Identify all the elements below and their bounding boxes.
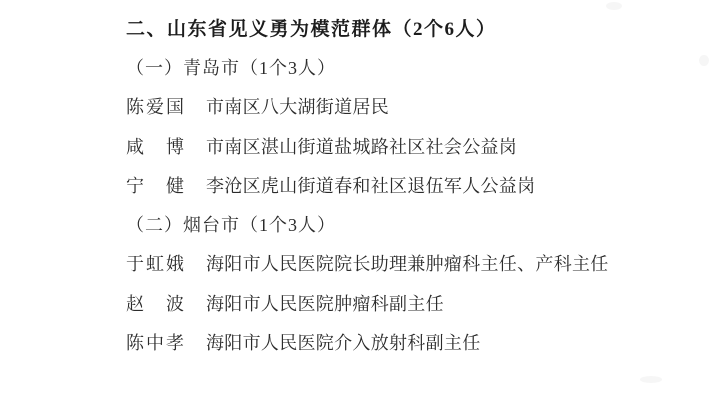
honoree-row: 于虹娥 海阳市人民医院院长助理兼肿瘤科主任、产科主任 (126, 244, 689, 283)
honoree-name: 咸 博 (126, 133, 206, 159)
scanned-document-page: 二、山东省见义勇为模范群体（2个6人） （一）青岛市（1个3人） 陈爱国 市南区… (0, 0, 709, 393)
honoree-name: 陈中孝 (126, 329, 206, 355)
section-heading-qingdao: （一）青岛市（1个3人） (126, 54, 336, 80)
honoree-name: 赵 波 (126, 290, 206, 316)
honoree-name: 于虹娥 (126, 250, 206, 276)
scan-artifact (606, 2, 622, 10)
honoree-title: 海阳市人民医院介入放射科副主任 (206, 329, 481, 355)
honoree-row: 宁 健 李沧区虎山街道春和社区退伍军人公益岗 (126, 165, 689, 204)
honoree-title: 海阳市人民医院院长助理兼肿瘤科主任、产科主任 (206, 250, 609, 276)
section-heading-line: （二）烟台市（1个3人） (126, 204, 689, 243)
honoree-row: 陈爱国 市南区八大湖街道居民 (126, 87, 689, 126)
document-title: 二、山东省见义勇为模范群体（2个6人） (126, 14, 497, 41)
honoree-row: 赵 波 海阳市人民医院肿瘤科副主任 (126, 283, 689, 322)
honoree-name: 陈爱国 (126, 93, 206, 119)
honoree-row: 咸 博 市南区湛山街道盐城路社区社会公益岗 (126, 126, 689, 165)
honoree-title: 李沧区虎山街道春和社区退伍军人公益岗 (206, 172, 535, 198)
honoree-title: 市南区湛山街道盐城路社区社会公益岗 (206, 133, 517, 159)
honoree-row: 陈中孝 海阳市人民医院介入放射科副主任 (126, 322, 689, 361)
honoree-title: 海阳市人民医院肿瘤科副主任 (206, 290, 444, 316)
honoree-name: 宁 健 (126, 172, 206, 198)
section-heading-yantai: （二）烟台市（1个3人） (126, 211, 336, 237)
document-body: 二、山东省见义勇为模范群体（2个6人） （一）青岛市（1个3人） 陈爱国 市南区… (126, 8, 689, 362)
honoree-title: 市南区八大湖街道居民 (206, 93, 389, 119)
document-title-line: 二、山东省见义勇为模范群体（2个6人） (126, 8, 689, 47)
scan-artifact (699, 55, 709, 66)
scan-artifact (640, 376, 662, 383)
section-heading-line: （一）青岛市（1个3人） (126, 47, 689, 86)
